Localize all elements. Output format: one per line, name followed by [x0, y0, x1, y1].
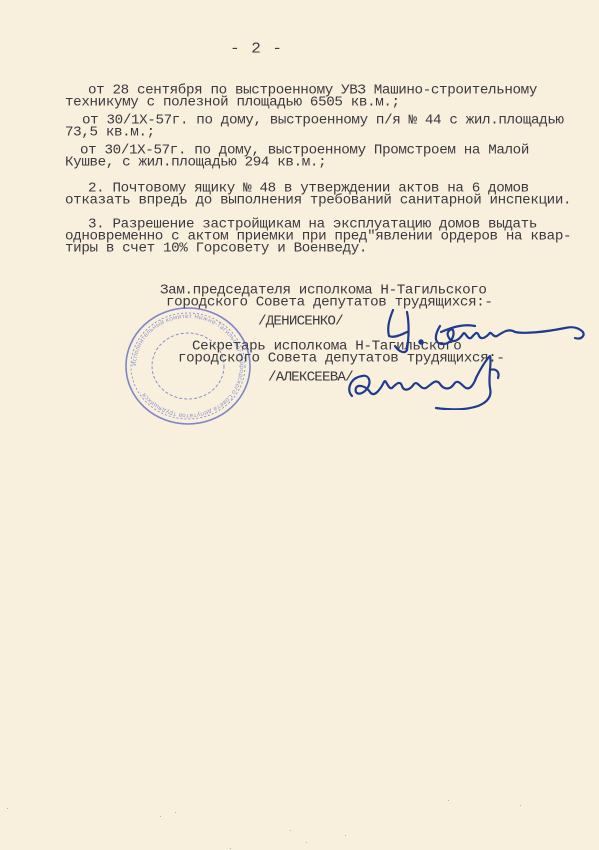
document-page: - 2 - от 28 сентября по выстроенному УВЗ… [0, 0, 599, 850]
item-3-line-3: тиры в счет 10% Горсовету и Военведу. [65, 242, 367, 255]
svg-text:Исполнительный комитет Нижне-Т: Исполнительный комитет Нижне-Тагильского… [131, 313, 245, 419]
page-number: - 2 - [230, 42, 283, 55]
item-2-line-2: отказать впредь до выполнения требований… [65, 194, 571, 207]
handwritten-signature-alekseeva-icon [340, 350, 540, 410]
signature-1-name: /ДЕНИСЕНКО/ [258, 315, 343, 328]
round-seal-stamp-icon: Исполнительный комитет Нижне-Тагильского… [118, 300, 258, 430]
paragraph-3-line-2: Кушве, с жил.площадью 294 кв.м.; [65, 156, 326, 169]
handwritten-signature-denisenko-icon [385, 306, 595, 356]
paragraph-2-line-2: 73,5 кв.м.; [65, 126, 155, 139]
paragraph-1-line-2: техникуму с полезной площадью 6505 кв.м.… [65, 96, 400, 109]
